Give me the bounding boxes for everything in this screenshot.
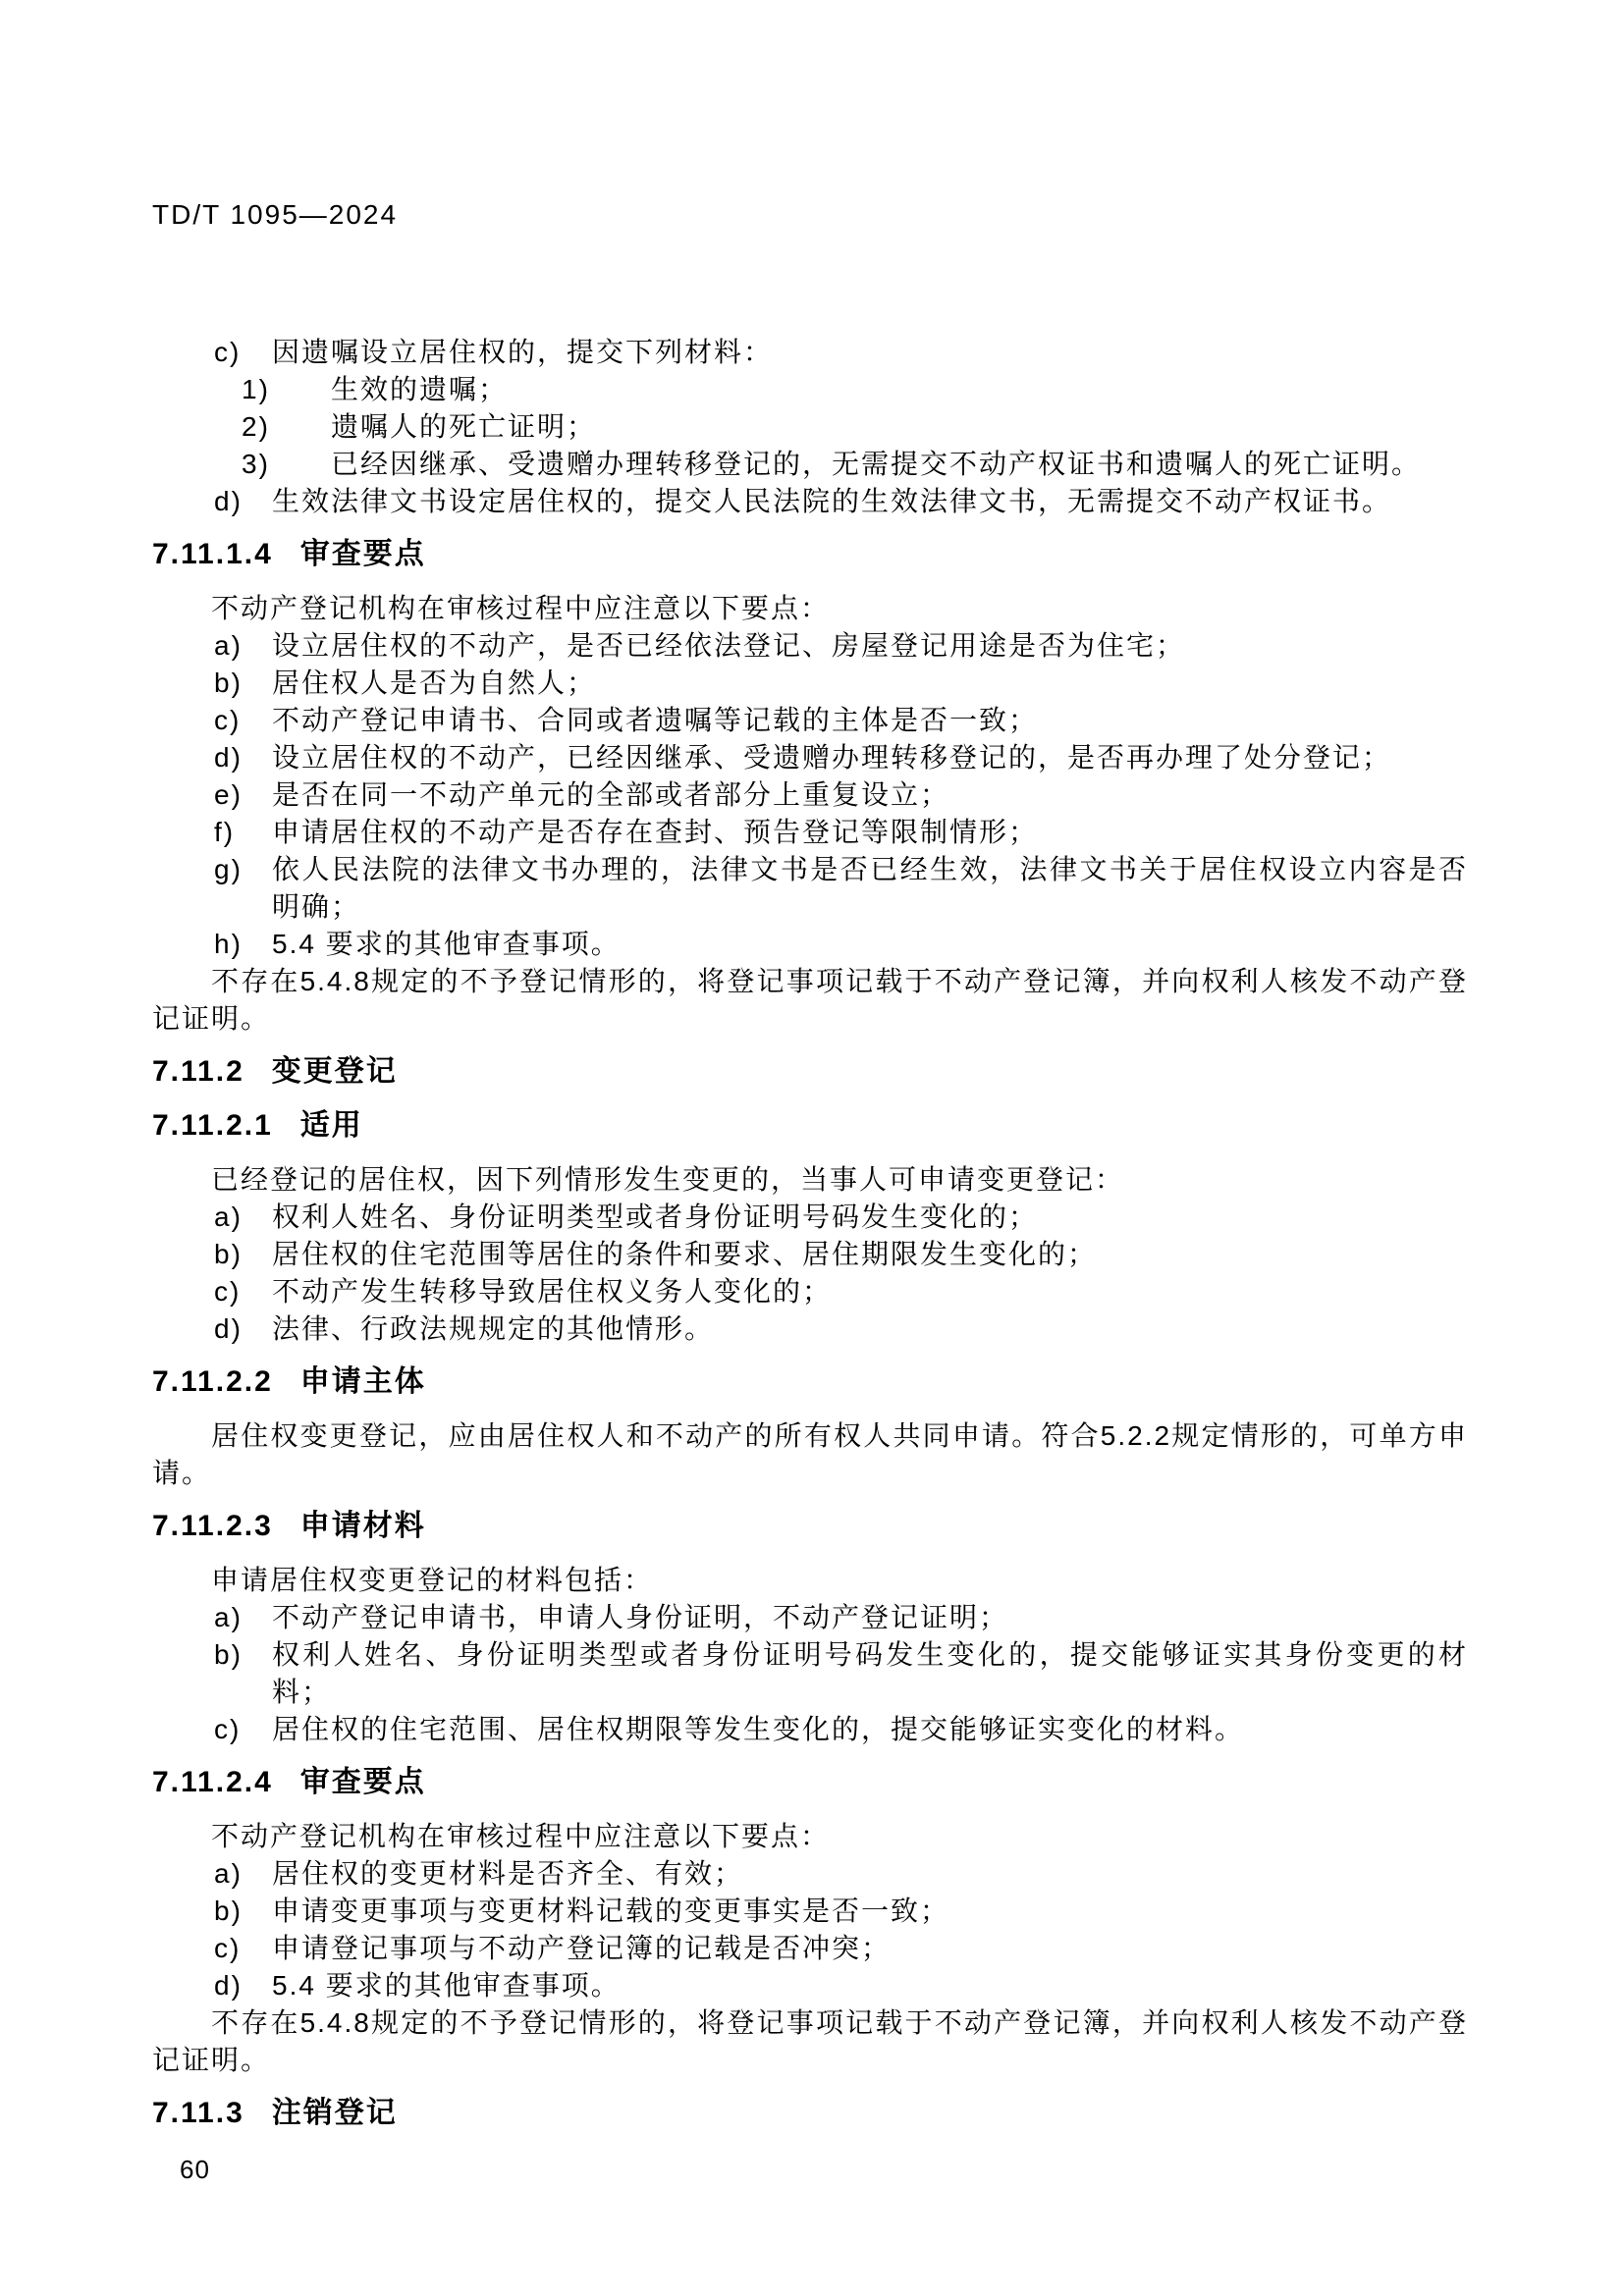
list-item-text: 权利人姓名、身份证明类型或者身份证明号码发生变化的； [272,1201,1038,1232]
section-number: 7.11.2.2 [152,1365,273,1398]
list-item: f)申请居住权的不动产是否存在查封、预告登记等限制情形； [152,814,1468,851]
list-item: g)依人民法院的法律文书办理的，法律文书是否已经生效，法律文书关于居住权设立内容… [152,851,1468,926]
list-item: h)5.4 要求的其他审查事项。 [152,926,1468,963]
section-number: 7.11.2.1 [152,1109,273,1142]
list-item: b)申请变更事项与变更材料记载的变更事实是否一致； [152,1893,1468,1930]
list-item-text: 居住权的住宅范围等居住的条件和要求、居住期限发生变化的； [272,1239,1097,1269]
document-page: TD/T 1095—2024 c)因遗嘱设立居住权的，提交下列材料： 1)生效的… [0,0,1624,2296]
list-item-text: 是否在同一不动产单元的全部或者部分上重复设立； [272,779,949,810]
list-item-label: b) [214,1893,243,1930]
list-item-label: c) [214,334,241,371]
list-item: c)不动产发生转移导致居住权义务人变化的； [152,1273,1468,1310]
list-item-text: 不动产登记申请书、合同或者遗嘱等记载的主体是否一致； [272,705,1038,735]
list-item-label: c) [214,702,241,739]
list-item-text: 5.4 要求的其他审查事项。 [272,929,621,959]
list-item-label: c) [214,1930,241,1967]
list-item-text: 不动产登记申请书，申请人身份证明，不动产登记证明； [272,1602,1008,1632]
list-item-text: 居住权的住宅范围、居住权期限等发生变化的，提交能够证实变化的材料。 [272,1714,1244,1744]
sub-list-item-text: 遗嘱人的死亡证明； [331,411,596,442]
section-title: 审查要点 [300,538,426,570]
list-item: a)设立居住权的不动产，是否已经依法登记、房屋登记用途是否为住宅； [152,627,1468,665]
list-item: d)5.4 要求的其他审查事项。 [152,1967,1468,2004]
sub-list-item-label: 2) [242,408,270,446]
list-item-text: 设立居住权的不动产，是否已经依法登记、房屋登记用途是否为住宅； [272,630,1185,661]
list-item: e)是否在同一不动产单元的全部或者部分上重复设立； [152,776,1468,814]
list-item-label: g) [214,851,243,888]
sub-list-item: 2)遗嘱人的死亡证明； [152,408,1468,446]
list-item-label: d) [214,483,243,520]
list-item-d: d)生效法律文书设定居住权的，提交人民法院的生效法律文书，无需提交不动产权证书。 [152,483,1468,520]
section-7-11-2-2: 7.11.2.2申请主体 居住权变更登记，应由居住权人和不动产的所有权人共同申请… [152,1363,1468,1492]
list-item-label: d) [214,1967,243,2004]
sub-list-item-text: 生效的遗嘱； [331,374,508,404]
standard-number: TD/T 1095—2024 [152,196,1468,234]
section-title: 适用 [300,1109,363,1142]
list-item-text: 申请登记事项与不动产登记簿的记载是否冲突； [272,1933,891,1963]
section-number: 7.11.2 [152,1055,244,1088]
section-heading: 7.11.2.3申请材料 [152,1508,1468,1545]
list-item: c)申请登记事项与不动产登记簿的记载是否冲突； [152,1930,1468,1967]
list-item-text: 设立居住权的不动产，已经因继承、受遗赠办理转移登记的，是否再办理了处分登记； [272,742,1391,773]
section-title: 申请材料 [300,1510,426,1542]
list-item-label: a) [214,1855,243,1893]
list-item-label: d) [214,1310,243,1348]
section-7-11-1-4: 7.11.1.4审查要点 不动产登记机构在审核过程中应注意以下要点： a)设立居… [152,536,1468,1038]
sub-list-item-text: 已经因继承、受遗赠办理转移登记的，无需提交不动产权证书和遗嘱人的死亡证明。 [331,449,1421,479]
list-item: c)不动产登记申请书、合同或者遗嘱等记载的主体是否一致； [152,702,1468,739]
section-top-list: c)因遗嘱设立居住权的，提交下列材料： 1)生效的遗嘱； 2)遗嘱人的死亡证明；… [152,334,1468,520]
section-title: 注销登记 [272,2097,398,2129]
list-item-text: 申请居住权的不动产是否存在查封、预告登记等限制情形； [272,817,1038,847]
sub-list-item-label: 1) [242,371,270,408]
section-number: 7.11.1.4 [152,538,273,570]
section-heading: 7.11.2.4审查要点 [152,1764,1468,1801]
list-item: b)权利人姓名、身份证明类型或者身份证明号码发生变化的，提交能够证实其身份变更的… [152,1636,1468,1711]
section-intro: 不动产登记机构在审核过程中应注意以下要点： [152,590,1468,627]
section-number: 7.11.3 [152,2097,244,2129]
section-intro: 不动产登记机构在审核过程中应注意以下要点： [152,1818,1468,1855]
list-item-label: c) [214,1711,241,1748]
list-item: b)居住权的住宅范围等居住的条件和要求、居住期限发生变化的； [152,1236,1468,1273]
list-item-text: 5.4 要求的其他审查事项。 [272,1970,621,2001]
list-item-label: a) [214,1599,243,1636]
list-item: a)不动产登记申请书，申请人身份证明，不动产登记证明； [152,1599,1468,1636]
list-item-text: 法律、行政法规规定的其他情形。 [272,1313,714,1344]
list-item-text: 居住权的变更材料是否齐全、有效； [272,1858,743,1889]
section-7-11-2-1: 7.11.2.1适用 已经登记的居住权，因下列情形发生变更的，当事人可申请变更登… [152,1107,1468,1348]
list-item: d)法律、行政法规规定的其他情形。 [152,1310,1468,1348]
list-item: c)居住权的住宅范围、居住权期限等发生变化的，提交能够证实变化的材料。 [152,1711,1468,1748]
list-item: d)设立居住权的不动产，已经因继承、受遗赠办理转移登记的，是否再办理了处分登记； [152,739,1468,776]
section-heading: 7.11.2.2申请主体 [152,1363,1468,1401]
section-7-11-2-3: 7.11.2.3申请材料 申请居住权变更登记的材料包括： a)不动产登记申请书，… [152,1508,1468,1748]
section-heading: 7.11.2.1适用 [152,1107,1468,1145]
list-item-label: f) [214,814,235,851]
list-item-label: c) [214,1273,241,1310]
section-7-11-2: 7.11.2变更登记 [152,1053,1468,1091]
sub-list-item: 3)已经因继承、受遗赠办理转移登记的，无需提交不动产权证书和遗嘱人的死亡证明。 [152,446,1468,483]
sub-list-item: 1)生效的遗嘱； [152,371,1468,408]
section-title: 变更登记 [272,1055,398,1088]
list-item-text: 申请变更事项与变更材料记载的变更事实是否一致； [272,1896,949,1926]
list-item-label: e) [214,776,243,814]
list-item-text: 居住权人是否为自然人； [272,667,596,698]
list-item-label: h) [214,926,243,963]
section-title: 审查要点 [300,1766,426,1798]
list-item-label: a) [214,1199,243,1236]
list-item-label: b) [214,665,243,702]
list-item: b)居住权人是否为自然人； [152,665,1468,702]
section-closing-paragraph: 不存在5.4.8规定的不予登记情形的，将登记事项记载于不动产登记簿，并向权利人核… [152,963,1468,1038]
section-7-11-3: 7.11.3注销登记 [152,2095,1468,2132]
section-heading: 7.11.3注销登记 [152,2095,1468,2132]
list-item-label: b) [214,1636,243,1674]
section-paragraph: 居住权变更登记，应由居住权人和不动产的所有权人共同申请。符合5.2.2规定情形的… [152,1417,1468,1492]
list-item-text: 生效法律文书设定居住权的，提交人民法院的生效法律文书，无需提交不动产权证书。 [272,486,1391,516]
section-intro: 申请居住权变更登记的材料包括： [152,1562,1468,1599]
list-item-c: c)因遗嘱设立居住权的，提交下列材料： [152,334,1468,371]
section-intro: 已经登记的居住权，因下列情形发生变更的，当事人可申请变更登记： [152,1161,1468,1199]
section-closing-paragraph: 不存在5.4.8规定的不予登记情形的，将登记事项记载于不动产登记簿，并向权利人核… [152,2004,1468,2079]
list-item-label: b) [214,1236,243,1273]
page-number: 60 [180,2151,1468,2188]
list-item-label: a) [214,627,243,665]
list-item-text: 权利人姓名、身份证明类型或者身份证明号码发生变化的，提交能够证实其身份变更的材料… [272,1639,1468,1707]
section-heading: 7.11.2变更登记 [152,1053,1468,1091]
list-item: a)权利人姓名、身份证明类型或者身份证明号码发生变化的； [152,1199,1468,1236]
section-number: 7.11.2.4 [152,1766,273,1798]
list-item-text: 因遗嘱设立居住权的，提交下列材料： [272,337,773,367]
sub-list-item-label: 3) [242,446,270,483]
section-number: 7.11.2.3 [152,1510,273,1542]
list-item-text: 依人民法院的法律文书办理的，法律文书是否已经生效，法律文书关于居住权设立内容是否… [272,854,1468,922]
list-item: a)居住权的变更材料是否齐全、有效； [152,1855,1468,1893]
section-7-11-2-4: 7.11.2.4审查要点 不动产登记机构在审核过程中应注意以下要点： a)居住权… [152,1764,1468,2079]
section-heading: 7.11.1.4审查要点 [152,536,1468,573]
list-item-label: d) [214,739,243,776]
list-item-text: 不动产发生转移导致居住权义务人变化的； [272,1276,832,1307]
section-title: 申请主体 [300,1365,426,1398]
